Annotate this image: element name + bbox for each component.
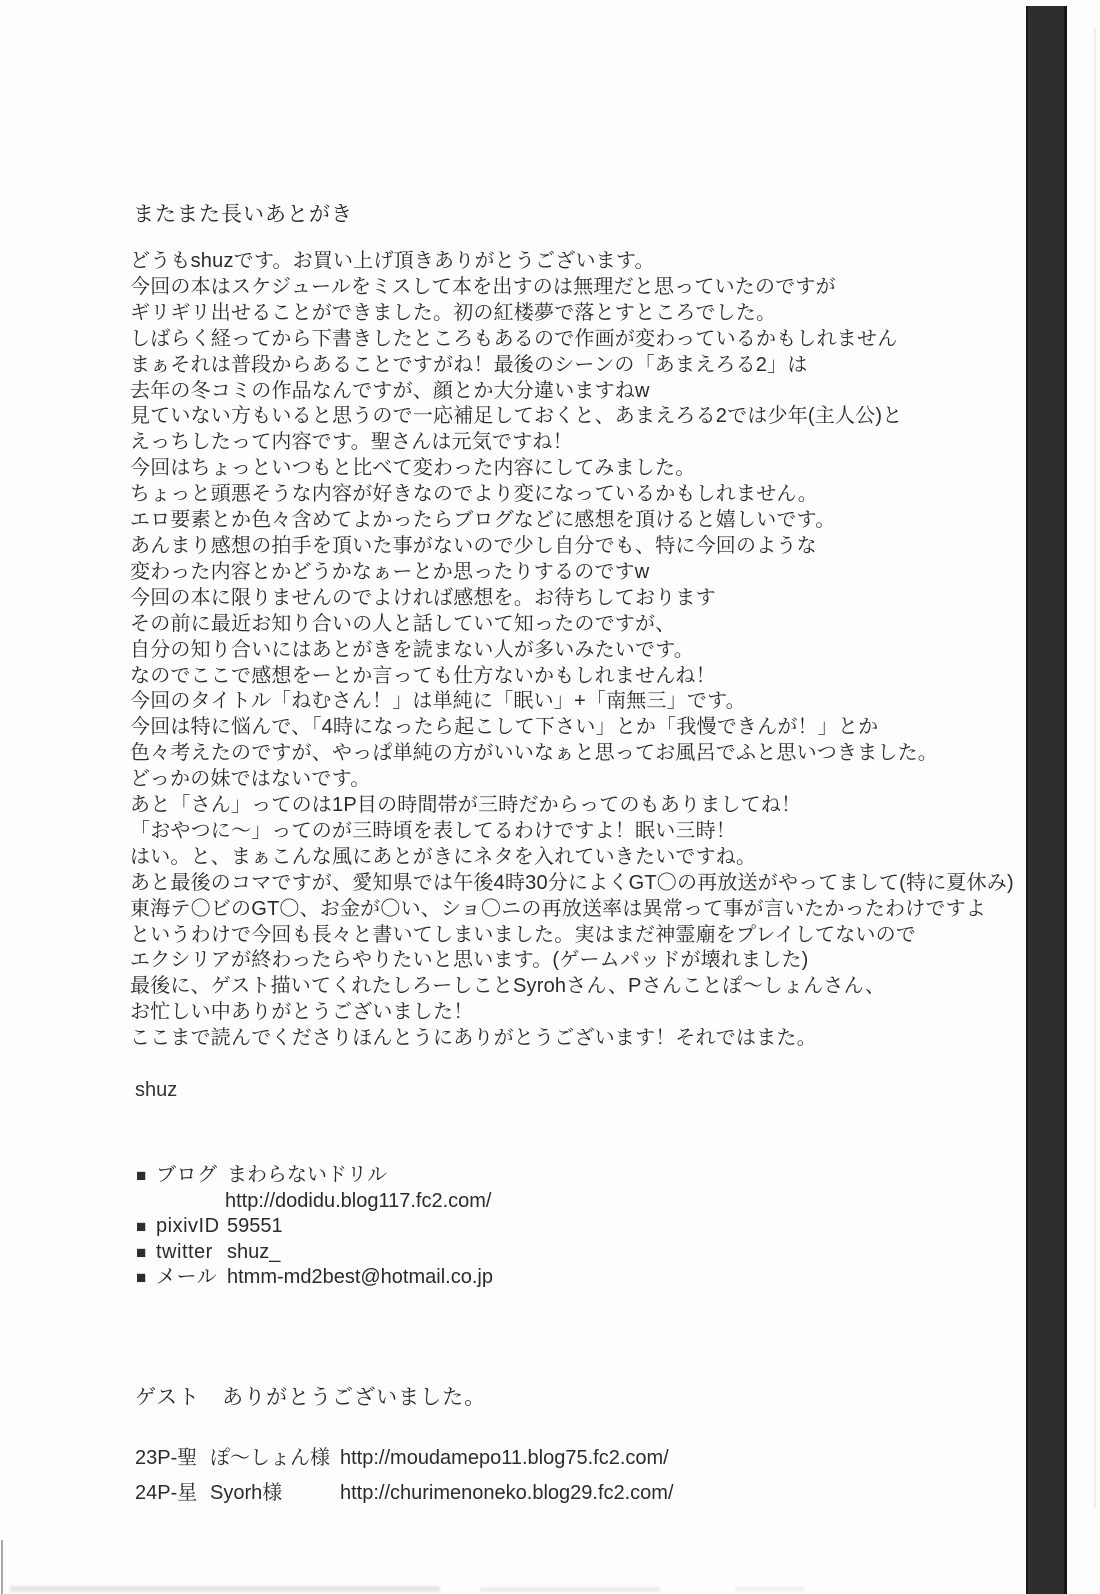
body-line: ギリギリ出せることができました。初の紅楼夢で落とすところでした。 [130,301,1020,327]
mail-label: メール [156,1265,227,1291]
scan-artifact-left-line [1,1540,3,1594]
blog-label: ブログ [156,1163,227,1189]
body-line: ここまで読んでくださりほんとうにありがとうございます！それではまた。 [130,1026,1020,1052]
body-line: 変わった内容とかどうかなぁーとか思ったりするのですw [130,560,1020,586]
contact-row-blog: ■ブログまわらないドリル [136,1163,493,1189]
body-line: 今回はちょっといつもと比べて変わった内容にしてみました。 [130,456,1020,482]
square-bullet-icon: ■ [136,1214,156,1240]
body-line: どうもshuzです。お買い上げ頂きありがとうございます。 [130,249,1020,275]
body-line: 最後に、ゲスト描いてくれたしろーしことSyrohさん、Pさんことぽ～しょんさん、 [130,974,1020,1000]
body-line: 色々考えたのですが、やっぱ単純の方がいいなぁと思ってお風呂でふと思いつきました。 [130,741,1020,767]
body-line: えっちしたって内容です。聖さんは元気ですね！ [130,430,1020,456]
body-line: エクシリアが終わったらやりたいと思います。(ゲームパッドが壊れました) [130,948,1020,974]
square-bullet-icon: ■ [136,1163,156,1189]
guest-row: 23P-聖ぽ～しょん様http://moudamepo11.blog75.fc2… [135,1441,674,1470]
afterword-body: どうもshuzです。お買い上げ頂きありがとうございます。 今回の本はスケジュール… [130,249,1020,1052]
scan-edge-bar [1026,6,1067,1594]
guest-page-label: 24P-星 [135,1476,210,1505]
guest-page-label: 23P-聖 [135,1441,210,1470]
body-line: まぁそれは普段からあることですがね！最後のシーンの「あまえろる2」は [130,353,1020,379]
twitter-label: twitter [156,1240,227,1266]
contact-row-twitter: ■twittershuz_ [136,1240,493,1266]
body-line: 今回のタイトル「ねむさん！」は単純に「眠い」+「南無三」です。 [130,689,1020,715]
body-line: 「おやつに～」ってのが三時頃を表してるわけですよ！眠い三時！ [130,819,1020,845]
blog-url: http://dodidu.blog117.fc2.com/ [225,1190,491,1212]
body-line: 今回の本に限りませんのでよければ感想を。お待ちしております [130,586,1020,612]
afterword-page: またまた長いあとがき どうもshuzです。お買い上げ頂きありがとうございます。 … [0,0,1100,1594]
scan-artifact-smudge [480,1587,660,1592]
guest-url: http://churimenoneko.blog29.fc2.com/ [340,1482,674,1505]
contact-row-blog-url: http://dodidu.blog117.fc2.com/ [225,1189,493,1215]
pixiv-label: pixivID [156,1214,227,1240]
body-line: 自分の知り合いにはあとがきを読まない人が多いみたいです。 [130,638,1020,664]
blog-name: まわらないドリル [227,1164,387,1186]
body-line: お忙しい中ありがとうございました！ [130,1000,1020,1026]
body-line: しばらく経ってから下書きしたところもあるので作画が変わっているかもしれません [130,327,1020,353]
contact-row-pixiv: ■pixivID59551 [136,1214,493,1240]
body-line: 見ていない方もいると思うので一応補足しておくと、あまえろる2では少年(主人公)と [130,404,1020,430]
square-bullet-icon: ■ [136,1265,156,1291]
body-line: ちょっと頭悪そうな内容が好きなのでより変になっているかもしれません。 [130,482,1020,508]
contact-row-mail: ■メールhtmm-md2best@hotmail.co.jp [136,1265,493,1291]
scan-artifact-right-line [1094,28,1096,1508]
square-bullet-icon: ■ [136,1240,156,1266]
body-line: あと最後のコマですが、愛知県では午後4時30分によくGT〇の再放送がやってまして… [130,871,1020,897]
scan-artifact-smudge [10,1586,440,1592]
mail-address: htmm-md2best@hotmail.co.jp [227,1266,493,1288]
body-line: あんまり感想の拍手を頂いた事がないので少し自分でも、特に今回のような [130,534,1020,560]
body-line: なのでここで感想をーとか言っても仕方ないかもしれませんね！ [130,664,1020,690]
guest-name: Syorh様 [210,1476,340,1505]
contact-block: ■ブログまわらないドリル http://dodidu.blog117.fc2.c… [136,1163,493,1291]
body-line: というわけで今回も長々と書いてしまいました。実はまだ神霊廟をプレイしてないので [130,923,1020,949]
guests-block: ゲスト ありがとうございました。 23P-聖ぽ～しょん様http://mouda… [135,1381,674,1511]
body-line: 去年の冬コミの作品なんですが、顔とか大分違いますねw [130,379,1020,405]
body-line: その前に最近お知り合いの人と話していて知ったのですが、 [130,612,1020,638]
body-line: はい。と、まぁこんな風にあとがきにネタを入れていきたいですね。 [130,845,1020,871]
body-line: 東海テ〇ビのGT〇、お金が〇い、ショ〇ニの再放送率は異常って事が言いたかったわけ… [130,897,1020,923]
body-line: 今回の本はスケジュールをミスして本を出すのは無理だと思っていたのですが [130,275,1020,301]
guest-name: ぽ～しょん様 [210,1441,340,1470]
body-line: どっかの妹ではないです。 [130,767,1020,793]
guest-row: 24P-星Syorh様http://churimenoneko.blog29.f… [135,1476,674,1505]
author-signature: shuz [135,1079,177,1102]
scan-artifact-smudge [735,1587,805,1591]
guests-heading: ゲスト ありがとうございました。 [135,1381,674,1411]
twitter-handle: shuz_ [227,1241,280,1263]
body-line: 今回は特に悩んで、「4時になったら起こして下さい」とか「我慢できんが！」とか [130,715,1020,741]
afterword-title: またまた長いあとがき [133,198,353,228]
body-line: エロ要素とか色々含めてよかったらブログなどに感想を頂けると嬉しいです。 [130,508,1020,534]
pixiv-id: 59551 [227,1215,283,1237]
guest-url: http://moudamepo11.blog75.fc2.com/ [340,1447,669,1470]
body-line: あと「さん」ってのは1P目の時間帯が三時だからってのもありましてね！ [130,793,1020,819]
